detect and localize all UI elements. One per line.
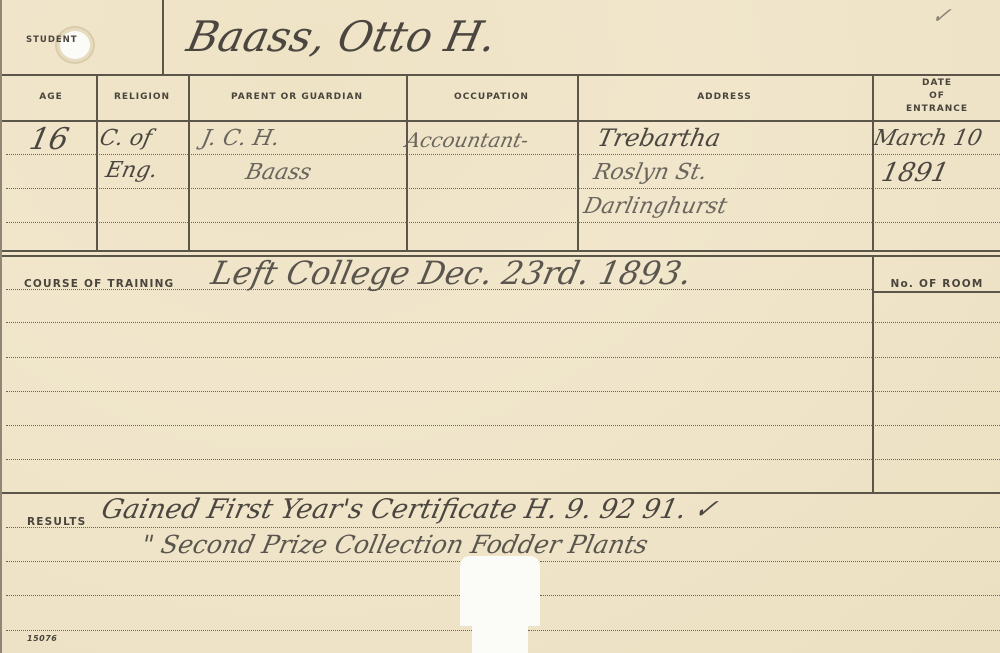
col-religion: RELIGION [96, 92, 188, 102]
room-label: No. OF ROOM [872, 278, 1000, 290]
religion-value-1: C. of [97, 126, 154, 151]
student-name: Baass, Otto H. [183, 12, 501, 61]
student-record-card: STUDENT Baass, Otto H. ✓ AGE RELIGION PA… [0, 0, 1000, 653]
religion-value-2: Eng. [103, 158, 160, 183]
results-line-2: " Second Prize Collection Fodder Plants [139, 530, 651, 559]
col-occupation: OCCUPATION [406, 92, 577, 102]
card-number: 15076 [27, 634, 57, 643]
date-value-1: March 10 [871, 126, 984, 151]
address-value-3: Darlinghurst [581, 194, 729, 219]
date-value-2: 1891 [879, 158, 952, 188]
check-mark: ✓ [929, 4, 953, 29]
card-notch-lower [472, 620, 528, 653]
col-date-3: ENTRANCE [872, 104, 1000, 114]
col-date-1: DATE [872, 78, 1000, 88]
results-line-1: Gained First Year's Certificate H. 9. 92… [99, 494, 721, 525]
col-date-2: OF [872, 91, 1000, 101]
results-label: RESULTS [27, 516, 86, 528]
address-value-1: Trebartha [595, 124, 723, 152]
card-notch [460, 556, 540, 626]
student-label: STUDENT [26, 35, 78, 45]
address-value-2: Roslyn St. [591, 160, 709, 185]
course-label: COURSE OF TRAINING [24, 278, 174, 290]
age-value: 16 [26, 122, 72, 157]
occupation-value: Accountant- [403, 128, 530, 152]
parent-value-1: J. C. H. [199, 126, 282, 151]
col-age: AGE [6, 92, 96, 102]
col-address: ADDRESS [577, 92, 872, 102]
course-value: Left College Dec. 23rd. 1893. [208, 254, 695, 292]
col-parent: PARENT OR GUARDIAN [188, 92, 406, 102]
parent-value-2: Baass [243, 160, 313, 185]
